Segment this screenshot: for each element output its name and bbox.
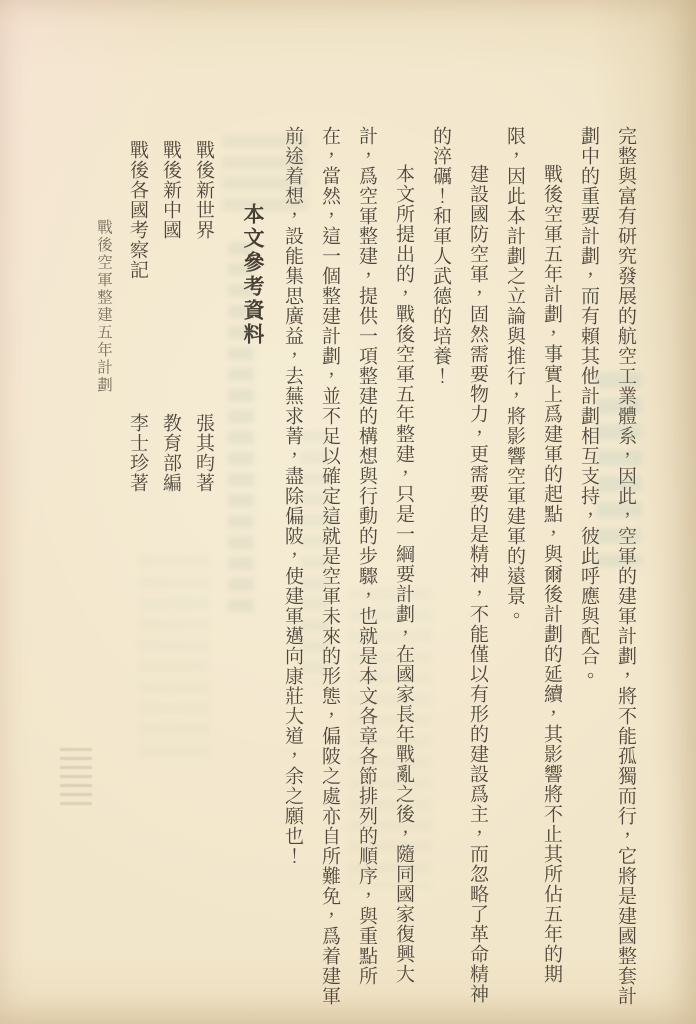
reference-title-list: 戰後新世界 戰後新中國 戰後各國考察記 (121, 140, 220, 320)
reference-title: 戰後各國考察記 (121, 140, 154, 320)
paragraph-2: 戰後空軍五年計劃，事實上爲建軍的起點，與爾後計劃的延續，其影響將不止其所佔五年的… (496, 126, 570, 1010)
bleed-through-mark (138, 555, 210, 765)
reference-author: 李士珍著 (121, 413, 154, 533)
reference-author-list: 張其昀著 教育部編 李士珍著 (121, 413, 220, 533)
paragraph-4: 本文所提出的，戰後空軍五年整建，只是一綱要計劃，在國家長年戰亂之後，隨同國家復興… (274, 126, 422, 1010)
paragraph-3: 建設國防空軍，固然需要物力，更需要的是精神，不能僅以有形的建設爲主，而忽略了革命… (422, 126, 496, 1010)
reference-title: 戰後新中國 (154, 140, 187, 320)
reference-author: 張其昀著 (187, 413, 220, 533)
references-heading: 本文參考資料 (238, 203, 268, 347)
running-title: 戰後空軍整建五年計劃 (92, 219, 114, 394)
reference-author: 教育部編 (154, 413, 187, 533)
reference-title: 戰後新世界 (187, 140, 220, 320)
scanned-book-page: 完整與富有研究發展的航空工業體系，因此，空軍的建軍計劃，將不能孤獨而行，它將是建… (0, 0, 696, 1024)
body-text: 完整與富有研究發展的航空工業體系，因此，空軍的建軍計劃，將不能孤獨而行，它將是建… (266, 126, 644, 1010)
paragraph-1: 完整與富有研究發展的航空工業體系，因此，空軍的建軍計劃，將不能孤獨而行，它將是建… (570, 126, 644, 1010)
page-number-smudge (60, 748, 92, 808)
